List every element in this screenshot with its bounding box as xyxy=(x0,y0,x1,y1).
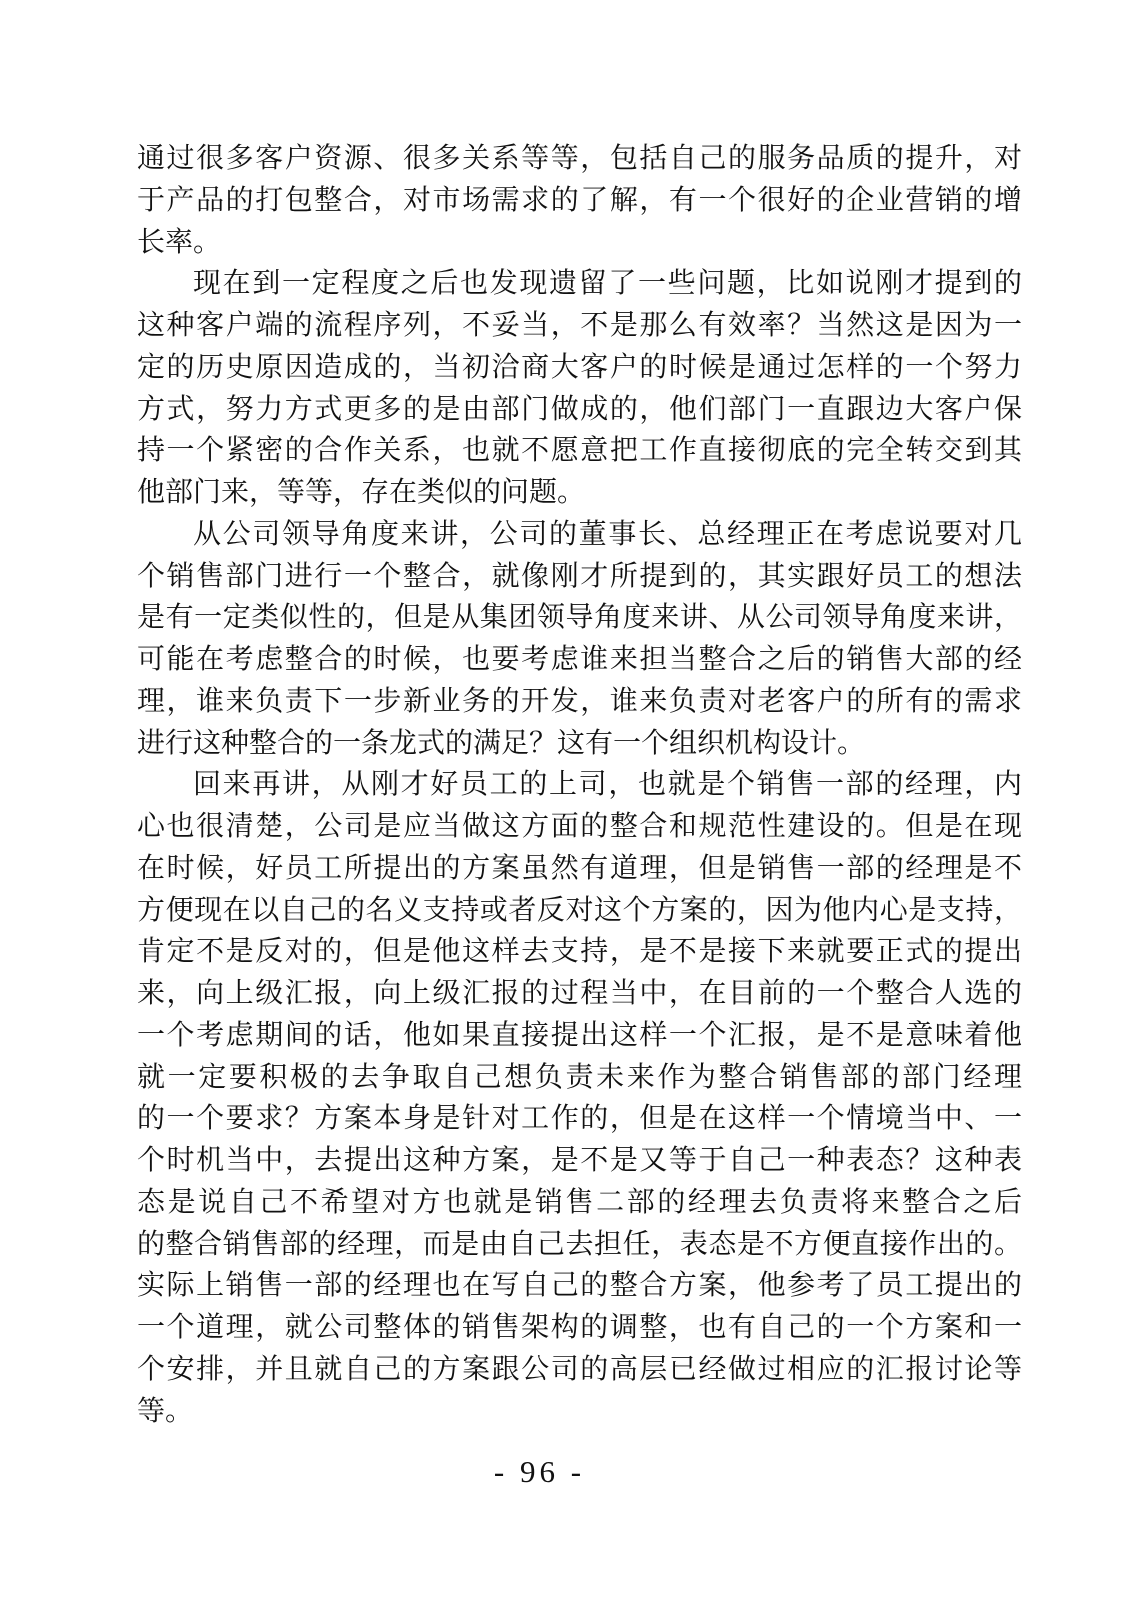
text-line: 现在到一定程度之后也发现遗留了一些问题，比如说刚才提到的 xyxy=(137,263,1022,305)
text-line: 就一定要积极的去争取自己想负责未来作为整合销售部的部门经理 xyxy=(137,1057,1022,1099)
text-line: 个时机当中，去提出这种方案，是不是又等于自己一种表态？这种表 xyxy=(137,1140,1022,1182)
text-line: 进行这种整合的一条龙式的满足？这有一个组织机构设计。 xyxy=(137,723,1022,765)
text-line: 回来再讲，从刚才好员工的上司，也就是个销售一部的经理，内 xyxy=(137,764,1022,806)
text-line: 态是说自己不希望对方也就是销售二部的经理去负责将来整合之后 xyxy=(137,1182,1022,1224)
text-line: 个安排，并且就自己的方案跟公司的高层已经做过相应的汇报讨论等 xyxy=(137,1349,1022,1391)
document-page: 通过很多客户资源、很多关系等等，包括自己的服务品质的提升，对于产品的打包整合，对… xyxy=(0,0,1131,1600)
page-number-label: - 96 - xyxy=(494,1454,585,1489)
paragraph-4: 回来再讲，从刚才好员工的上司，也就是个销售一部的经理，内心也很清楚，公司是应当做… xyxy=(137,764,1022,1432)
text-line: 来，向上级汇报，向上级汇报的过程当中，在目前的一个整合人选的 xyxy=(137,973,1022,1015)
text-line: 他部门来，等等，存在类似的问题。 xyxy=(137,472,1022,514)
paragraph-1: 通过很多客户资源、很多关系等等，包括自己的服务品质的提升，对于产品的打包整合，对… xyxy=(137,138,1022,263)
text-line: 肯定不是反对的，但是他这样去支持，是不是接下来就要正式的提出 xyxy=(137,931,1022,973)
text-line: 长率。 xyxy=(137,222,1022,264)
text-line: 一个道理，就公司整体的销售架构的调整，也有自己的一个方案和一 xyxy=(137,1307,1022,1349)
text-line: 理，谁来负责下一步新业务的开发，谁来负责对老客户的所有的需求 xyxy=(137,681,1022,723)
text-line: 这种客户端的流程序列，不妥当，不是那么有效率？当然这是因为一 xyxy=(137,305,1022,347)
text-line: 从公司领导角度来讲，公司的董事长、总经理正在考虑说要对几 xyxy=(137,514,1022,556)
text-line: 在时候，好员工所提出的方案虽然有道理，但是销售一部的经理是不 xyxy=(137,848,1022,890)
text-line: 等。 xyxy=(137,1391,1022,1433)
text-line: 通过很多客户资源、很多关系等等，包括自己的服务品质的提升，对 xyxy=(137,138,1022,180)
paragraph-3: 从公司领导角度来讲，公司的董事长、总经理正在考虑说要对几个销售部门进行一个整合，… xyxy=(137,514,1022,765)
text-line: 定的历史原因造成的，当初洽商大客户的时候是通过怎样的一个努力 xyxy=(137,347,1022,389)
document-text: 通过很多客户资源、很多关系等等，包括自己的服务品质的提升，对于产品的打包整合，对… xyxy=(137,138,1022,1432)
text-line: 心也很清楚，公司是应当做这方面的整合和规范性建设的。但是在现 xyxy=(137,806,1022,848)
text-line: 是有一定类似性的，但是从集团领导角度来讲、从公司领导角度来讲， xyxy=(137,597,1022,639)
text-line: 一个考虑期间的话，他如果直接提出这样一个汇报，是不是意味着他 xyxy=(137,1015,1022,1057)
text-line: 方式，努力方式更多的是由部门做成的，他们部门一直跟边大客户保 xyxy=(137,389,1022,431)
text-line: 实际上销售一部的经理也在写自己的整合方案，他参考了员工提出的 xyxy=(137,1265,1022,1307)
text-line: 持一个紧密的合作关系，也就不愿意把工作直接彻底的完全转交到其 xyxy=(137,430,1022,472)
text-line: 的一个要求？方案本身是针对工作的，但是在这样一个情境当中、一 xyxy=(137,1098,1022,1140)
text-line: 于产品的打包整合，对市场需求的了解，有一个很好的企业营销的增 xyxy=(137,180,1022,222)
text-line: 个销售部门进行一个整合，就像刚才所提到的，其实跟好员工的想法 xyxy=(137,556,1022,598)
text-line: 可能在考虑整合的时候，也要考虑谁来担当整合之后的销售大部的经 xyxy=(137,639,1022,681)
page-number: - 96 - xyxy=(137,1452,1022,1492)
paragraph-2: 现在到一定程度之后也发现遗留了一些问题，比如说刚才提到的这种客户端的流程序列，不… xyxy=(137,263,1022,514)
text-line: 方便现在以自己的名义支持或者反对这个方案的，因为他内心是支持， xyxy=(137,890,1022,932)
text-line: 的整合销售部的经理，而是由自己去担任，表态是不方便直接作出的。 xyxy=(137,1224,1022,1266)
